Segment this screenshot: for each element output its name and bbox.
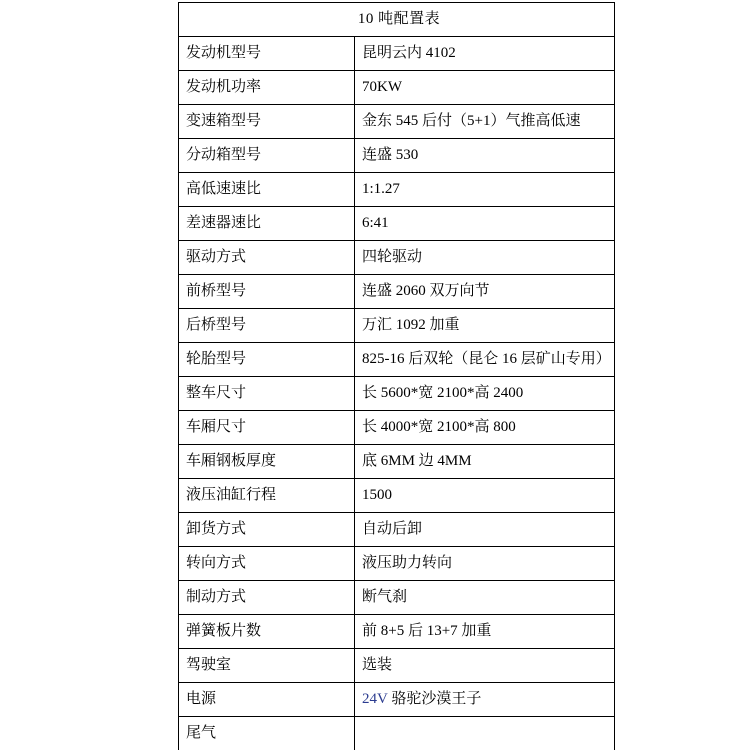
spec-label: 转向方式 [179, 547, 355, 581]
spec-label: 差速器速比 [179, 207, 355, 241]
table-row: 分动箱型号连盛 530 [179, 139, 615, 173]
table-row: 变速箱型号金东 545 后付（5+1）气推高低速 [179, 105, 615, 139]
spec-label: 电源 [179, 683, 355, 717]
spec-label: 高低速速比 [179, 173, 355, 207]
spec-label: 后桥型号 [179, 309, 355, 343]
table-row: 整车尺寸长 5600*宽 2100*高 2400 [179, 377, 615, 411]
spec-value: 底 6MM 边 4MM [355, 445, 615, 479]
spec-label: 车厢钢板厚度 [179, 445, 355, 479]
spec-label: 驾驶室 [179, 649, 355, 683]
spec-value: 24V 骆驼沙漠王子 [355, 683, 615, 717]
table-row: 发动机功率70KW [179, 71, 615, 105]
spec-value: 70KW [355, 71, 615, 105]
spec-label: 发动机功率 [179, 71, 355, 105]
spec-value: 连盛 530 [355, 139, 615, 173]
table-row: 尾气 [179, 717, 615, 750]
spec-value: 1500 [355, 479, 615, 513]
table-row: 车厢钢板厚度底 6MM 边 4MM [179, 445, 615, 479]
spec-value [355, 717, 615, 750]
spec-value: 前 8+5 后 13+7 加重 [355, 615, 615, 649]
table-row: 电源 24V 骆驼沙漠王子 [179, 683, 615, 717]
spec-label: 制动方式 [179, 581, 355, 615]
spec-label: 轮胎型号 [179, 343, 355, 377]
spec-label: 变速箱型号 [179, 105, 355, 139]
spec-label: 弹簧板片数 [179, 615, 355, 649]
spec-value: 四轮驱动 [355, 241, 615, 275]
table-title-row: 10 吨配置表 [179, 3, 615, 37]
spec-value: 长 5600*宽 2100*高 2400 [355, 377, 615, 411]
page: 10 吨配置表 发动机型号昆明云内 4102发动机功率70KW变速箱型号金东 5… [0, 0, 750, 750]
table-row: 制动方式断气刹 [179, 581, 615, 615]
spec-value: 825-16 后双轮（昆仑 16 层矿山专用） [355, 343, 615, 377]
spec-label: 前桥型号 [179, 275, 355, 309]
table-row: 转向方式液压助力转向 [179, 547, 615, 581]
spec-label: 整车尺寸 [179, 377, 355, 411]
spec-label: 尾气 [179, 717, 355, 750]
spec-value: 长 4000*宽 2100*高 800 [355, 411, 615, 445]
spec-value: 金东 545 后付（5+1）气推高低速 [355, 105, 615, 139]
spec-label: 发动机型号 [179, 37, 355, 71]
table-row: 差速器速比6:41 [179, 207, 615, 241]
spec-value: 昆明云内 4102 [355, 37, 615, 71]
table-row: 发动机型号昆明云内 4102 [179, 37, 615, 71]
spec-table-body: 10 吨配置表 发动机型号昆明云内 4102发动机功率70KW变速箱型号金东 5… [179, 3, 615, 750]
spec-value-accent: 24V [362, 691, 388, 707]
spec-value: 万汇 1092 加重 [355, 309, 615, 343]
table-row: 弹簧板片数前 8+5 后 13+7 加重 [179, 615, 615, 649]
spec-value: 液压助力转向 [355, 547, 615, 581]
spec-value: 连盛 2060 双万向节 [355, 275, 615, 309]
table-row: 轮胎型号825-16 后双轮（昆仑 16 层矿山专用） [179, 343, 615, 377]
spec-table: 10 吨配置表 发动机型号昆明云内 4102发动机功率70KW变速箱型号金东 5… [178, 2, 615, 750]
table-row: 后桥型号万汇 1092 加重 [179, 309, 615, 343]
spec-value: 6:41 [355, 207, 615, 241]
table-row: 液压油缸行程1500 [179, 479, 615, 513]
spec-label: 液压油缸行程 [179, 479, 355, 513]
spec-value: 选装 [355, 649, 615, 683]
table-row: 前桥型号连盛 2060 双万向节 [179, 275, 615, 309]
spec-value: 断气刹 [355, 581, 615, 615]
spec-label: 车厢尺寸 [179, 411, 355, 445]
spec-label: 卸货方式 [179, 513, 355, 547]
spec-label: 驱动方式 [179, 241, 355, 275]
table-row: 卸货方式自动后卸 [179, 513, 615, 547]
table-title: 10 吨配置表 [179, 3, 615, 37]
table-row: 驾驶室选装 [179, 649, 615, 683]
spec-value: 自动后卸 [355, 513, 615, 547]
table-row: 车厢尺寸长 4000*宽 2100*高 800 [179, 411, 615, 445]
spec-value: 1:1.27 [355, 173, 615, 207]
table-row: 高低速速比1:1.27 [179, 173, 615, 207]
table-row: 驱动方式四轮驱动 [179, 241, 615, 275]
spec-label: 分动箱型号 [179, 139, 355, 173]
